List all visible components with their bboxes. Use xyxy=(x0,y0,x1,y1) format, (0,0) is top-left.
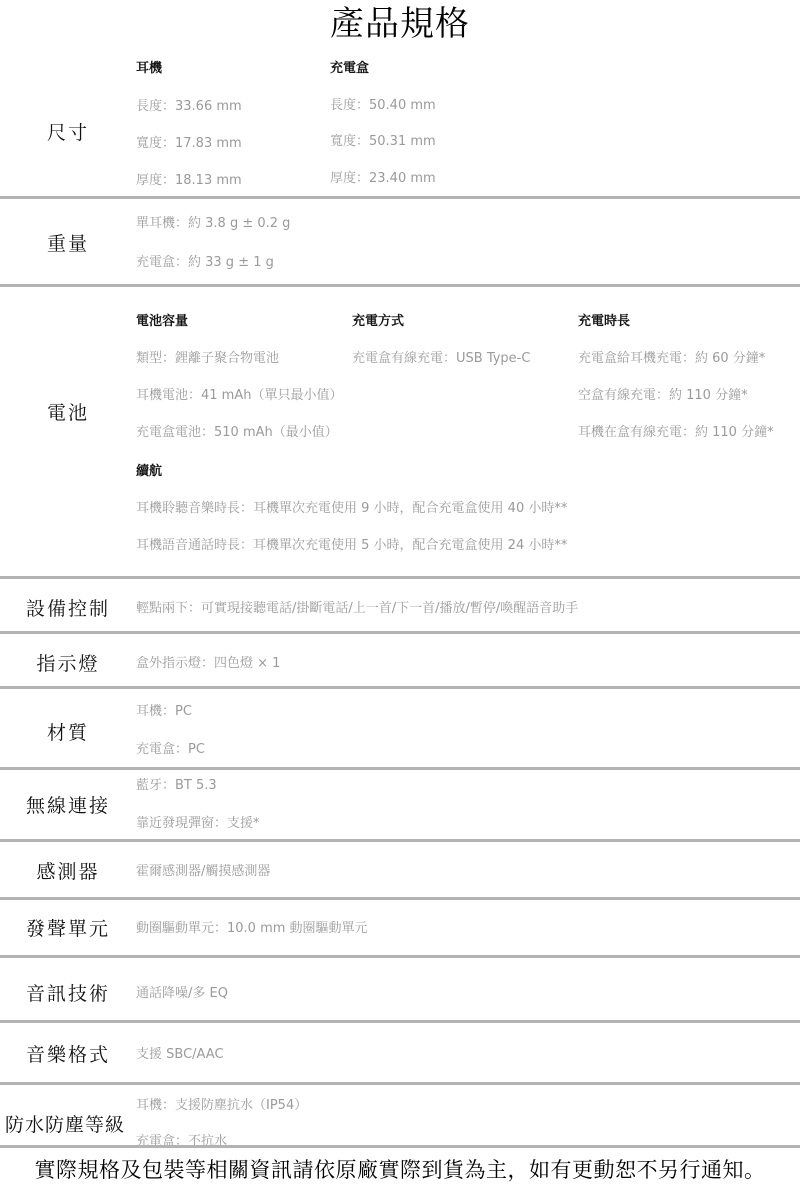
case-length: 長度：50.40 mm xyxy=(330,94,436,113)
case-heading: 充電盒 xyxy=(330,57,369,76)
spec-label-size: 尺寸 xyxy=(0,118,136,145)
spec-label-driver: 發聲單元 xyxy=(0,914,136,941)
divider xyxy=(0,576,800,579)
divider xyxy=(0,1020,800,1023)
indicator-value: 盒外指示燈：四色燈 × 1 xyxy=(136,652,280,671)
earbud-width: 寬度：17.83 mm xyxy=(136,132,242,151)
case-material: 充電盒：PC xyxy=(136,738,205,757)
spec-label-water-resistance: 防水防塵等級 xyxy=(0,1110,130,1137)
spec-label-indicator: 指示燈 xyxy=(0,649,136,676)
spec-label-weight: 重量 xyxy=(0,229,136,256)
empty-case-time: 空盒有線充電：約 110 分鐘* xyxy=(578,384,748,403)
battery-capacity-heading: 電池容量 xyxy=(136,310,188,329)
proximity-popup: 靠近發現彈窗：支援* xyxy=(136,812,260,831)
divider xyxy=(0,284,800,287)
case-width: 寬度：50.31 mm xyxy=(330,130,436,149)
divider xyxy=(0,839,800,842)
divider xyxy=(0,196,800,199)
divider xyxy=(0,631,800,634)
page-title: 產品規格 xyxy=(0,2,800,46)
case-to-earbud-time: 充電盒給耳機充電：約 60 分鐘* xyxy=(578,347,765,366)
divider xyxy=(0,1082,800,1085)
charging-time-heading: 充電時長 xyxy=(578,310,630,329)
codecs-value: 支援 SBC/AAC xyxy=(136,1043,224,1062)
spec-label-codecs: 音樂格式 xyxy=(0,1040,136,1067)
battery-type: 類型：鋰離子聚合物電池 xyxy=(136,347,279,366)
case-battery: 充電盒電池：510 mAh（最小值） xyxy=(136,421,338,440)
earbud-battery: 耳機電池：41 mAh（單只最小值） xyxy=(136,384,342,403)
divider xyxy=(0,686,800,689)
earbud-water-rating: 耳機：支援防塵抗水（IP54） xyxy=(136,1094,307,1113)
wired-charging: 充電盒有線充電：USB Type-C xyxy=(352,347,530,366)
call-endurance: 耳機語音通話時長：耳機單次充電使用 5 小時，配合充電盒使用 24 小時** xyxy=(136,534,567,553)
spec-label-material: 材質 xyxy=(0,718,136,745)
endurance-heading: 續航 xyxy=(136,460,162,479)
divider xyxy=(0,897,800,900)
earbuds-in-case-time: 耳機在盒有線充電：約 110 分鐘* xyxy=(578,421,774,440)
earbud-thickness: 厚度：18.13 mm xyxy=(136,169,242,188)
spec-label-battery: 電池 xyxy=(0,398,136,425)
earbud-heading: 耳機 xyxy=(136,57,162,76)
spec-label-sensors: 感測器 xyxy=(0,857,136,884)
controls-value: 輕點兩下：可實現接聽電話/掛斷電話/上一首/下一首/播放/暫停/喚醒語音助手 xyxy=(136,597,578,616)
case-weight: 充電盒：約 33 g ± 1 g xyxy=(136,251,274,270)
divider xyxy=(0,955,800,958)
bluetooth-version: 藍牙：BT 5.3 xyxy=(136,774,217,793)
spec-label-audio-tech: 音訊技術 xyxy=(0,979,136,1006)
audio-tech-value: 通話降噪/多 EQ xyxy=(136,982,228,1001)
spec-label-wireless: 無線連接 xyxy=(0,791,136,818)
music-endurance: 耳機聆聽音樂時長：耳機單次充電使用 9 小時，配合充電盒使用 40 小時** xyxy=(136,497,567,516)
spec-label-controls: 設備控制 xyxy=(0,594,136,621)
charging-method-heading: 充電方式 xyxy=(352,310,404,329)
earbud-material: 耳機：PC xyxy=(136,700,192,719)
earbud-length: 長度：33.66 mm xyxy=(136,95,242,114)
case-thickness: 厚度：23.40 mm xyxy=(330,167,436,186)
earbud-weight: 單耳機：約 3.8 g ± 0.2 g xyxy=(136,212,290,231)
driver-value: 動圈驅動單元：10.0 mm 動圈驅動單元 xyxy=(136,917,368,936)
divider xyxy=(0,767,800,770)
footer-disclaimer: 實際規格及包裝等相關資訊請依原廠實際到貨為主，如有更動恕不另行通知。 xyxy=(0,1152,800,1188)
sensors-value: 霍爾感測器/觸摸感測器 xyxy=(136,860,270,879)
divider xyxy=(0,1145,800,1148)
